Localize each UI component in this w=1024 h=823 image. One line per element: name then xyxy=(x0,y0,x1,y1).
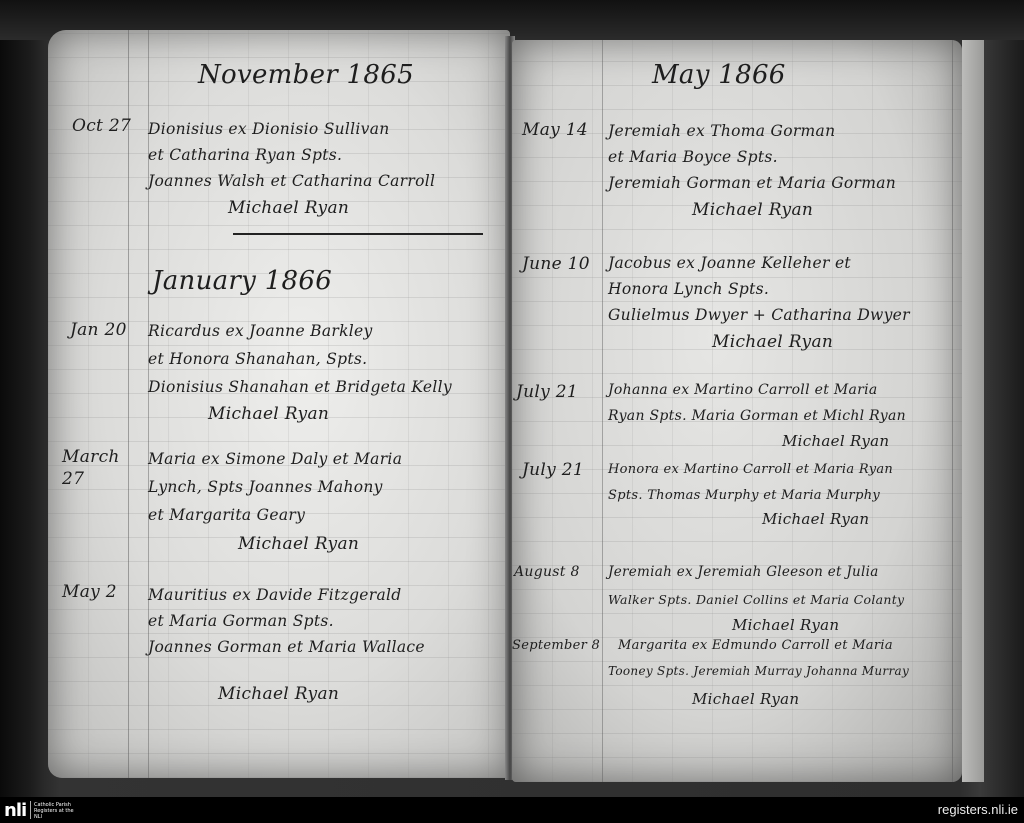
left-page: November 1865 Oct 27 Dionisius ex Dionis… xyxy=(48,30,510,778)
entry-line: et Honora Shanahan, Spts. xyxy=(148,350,367,368)
entry-line: Lynch, Spts Joannes Mahony xyxy=(148,478,383,496)
entry-line: Margarita ex Edmundo Carroll et Maria xyxy=(618,638,893,653)
entry-line: Honora ex Martino Carroll et Maria Ryan xyxy=(608,462,893,477)
next-page-edge xyxy=(962,40,984,782)
entry-date: June 10 xyxy=(522,254,590,274)
entry-line: Joannes Gorman et Maria Wallace xyxy=(148,638,425,656)
entry-line: Ryan Spts. Maria Gorman et Michl Ryan xyxy=(608,408,906,424)
entry-line: Mauritius ex Davide Fitzgerald xyxy=(148,586,402,604)
entry-line: et Maria Boyce Spts. xyxy=(608,148,778,166)
signature: Michael Ryan xyxy=(692,200,813,220)
entry-date: March 27 xyxy=(62,446,132,490)
register-scan: November 1865 Oct 27 Dionisius ex Dionis… xyxy=(0,0,1024,797)
heading-january-1866: January 1866 xyxy=(152,266,332,296)
entry-line: Spts. Thomas Murphy et Maria Murphy xyxy=(608,488,880,503)
entry-date: August 8 xyxy=(514,564,580,580)
signature: Michael Ryan xyxy=(712,332,833,352)
signature: Michael Ryan xyxy=(228,198,349,218)
entry-date: September 8 xyxy=(512,638,600,653)
entry-date: July 21 xyxy=(516,382,578,402)
entry-date: July 21 xyxy=(522,460,584,480)
entry-line: Honora Lynch Spts. xyxy=(608,280,769,298)
heading-may-1866: May 1866 xyxy=(652,60,786,90)
entry-line: Jeremiah Gorman et Maria Gorman xyxy=(608,174,896,192)
entry-date: May 14 xyxy=(522,120,588,140)
heading-november-1865: November 1865 xyxy=(198,60,414,90)
nli-logo: nli xyxy=(4,800,26,821)
entry-line: Walker Spts. Daniel Collins et Maria Col… xyxy=(608,592,904,607)
entry-line: Johanna ex Martino Carroll et Maria xyxy=(608,382,878,398)
signature: Michael Ryan xyxy=(238,534,359,554)
signature: Michael Ryan xyxy=(218,684,339,704)
entry-line: Jeremiah ex Thoma Gorman xyxy=(608,122,835,140)
entry-line: Jacobus ex Joanne Kelleher et xyxy=(608,254,851,272)
right-page: May 1866 May 14 Jeremiah ex Thoma Gorman… xyxy=(512,40,962,782)
entry-line: Dionisius ex Dionisio Sullivan xyxy=(148,120,390,138)
footer-bar: nli Catholic Parish Registers at the NLI… xyxy=(0,797,1024,823)
entry-line: et Maria Gorman Spts. xyxy=(148,612,334,630)
entry-line: Joannes Walsh et Catharina Carroll xyxy=(148,172,435,190)
entry-line: Dionisius Shanahan et Bridgeta Kelly xyxy=(148,378,452,396)
entry-line: Maria ex Simone Daly et Maria xyxy=(148,450,402,468)
entry-date: Oct 27 xyxy=(72,116,131,136)
entry-line: Jeremiah ex Jeremiah Gleeson et Julia xyxy=(608,564,879,580)
entry-line: et Catharina Ryan Spts. xyxy=(148,146,342,164)
entry-date: Jan 20 xyxy=(70,320,127,340)
signature: Michael Ryan xyxy=(762,510,869,528)
signature: Michael Ryan xyxy=(732,616,839,634)
entry-line: et Margarita Geary xyxy=(148,506,305,524)
signature: Michael Ryan xyxy=(208,404,329,424)
entry-date: May 2 xyxy=(62,582,117,602)
signature: Michael Ryan xyxy=(782,432,889,450)
signature: Michael Ryan xyxy=(692,690,799,708)
entry-line: Ricardus ex Joanne Barkley xyxy=(148,322,373,340)
entry-line: Tooney Spts. Jeremiah Murray Johanna Mur… xyxy=(608,664,909,678)
entry-line: Gulielmus Dwyer + Catharina Dwyer xyxy=(608,306,910,324)
site-url: registers.nli.ie xyxy=(938,802,1018,817)
logo-caption: Catholic Parish Registers at the NLI xyxy=(34,802,74,820)
